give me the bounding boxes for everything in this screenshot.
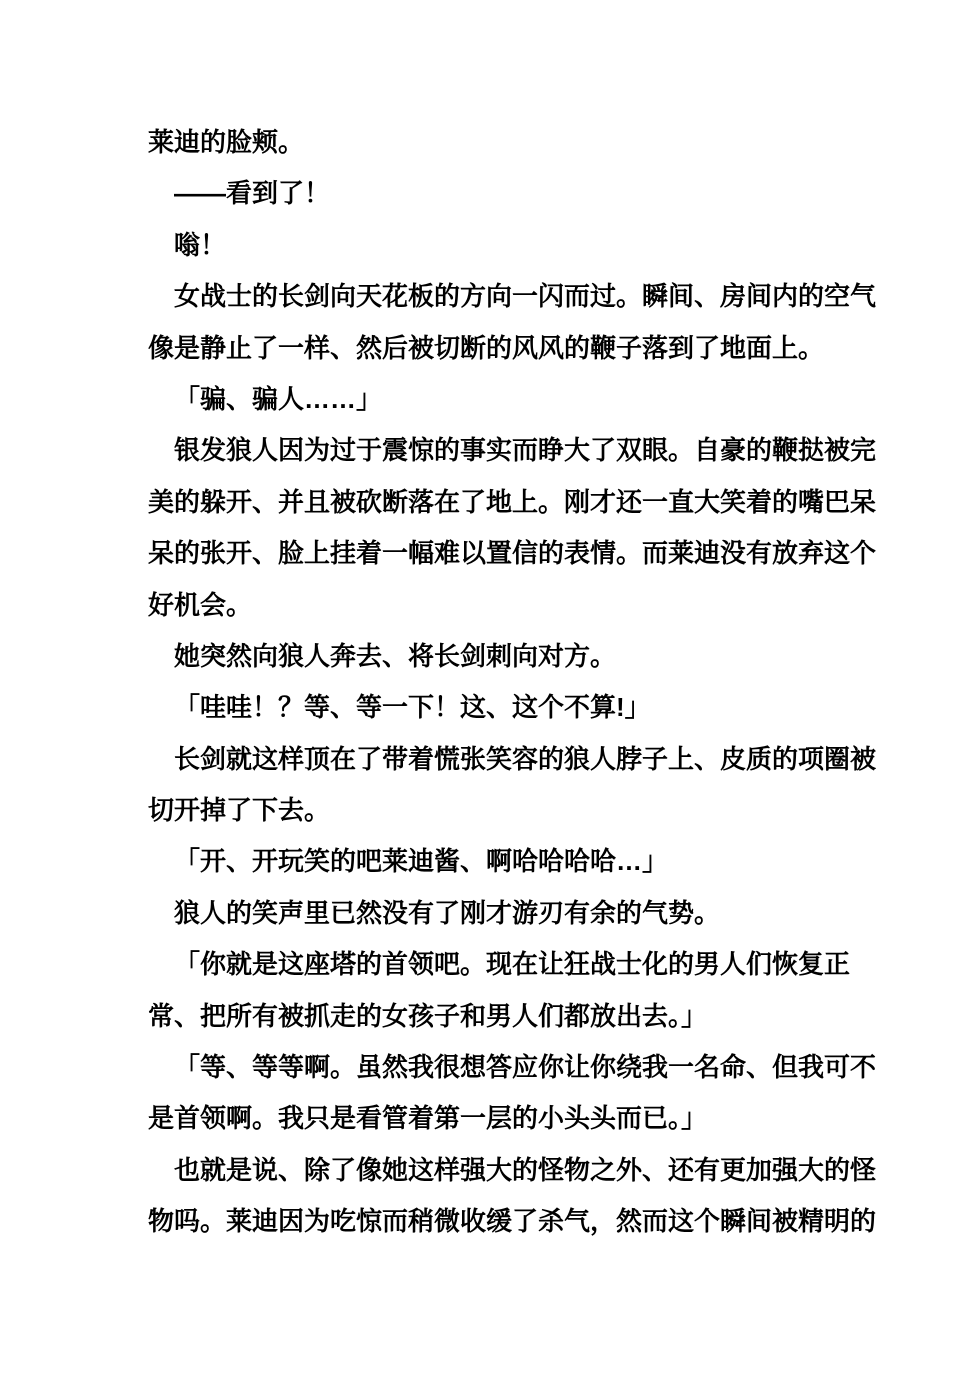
text-line: 常、把所有被抓走的女孩子和男人们都放出去。」 [148, 991, 888, 1042]
text-line: ——看到了！ [148, 168, 888, 219]
text-line: 女战士的长剑向天花板的方向一闪而过。瞬间、房间内的空气 [148, 271, 888, 322]
text-line: 是首领啊。我只是看管着第一层的小头头而已。」 [148, 1093, 888, 1144]
text-line: 好机会。 [148, 580, 888, 631]
text-line: 嗡！ [148, 220, 888, 271]
page-text: 莱迪的脸颊。——看到了！嗡！女战士的长剑向天花板的方向一闪而过。瞬间、房间内的空… [148, 117, 888, 1248]
text-line: 狼人的笑声里已然没有了刚才游刃有余的气势。 [148, 888, 888, 939]
text-line: 也就是说、除了像她这样强大的怪物之外、还有更加强大的怪 [148, 1145, 888, 1196]
text-line: 「你就是这座塔的首领吧。现在让狂战士化的男人们恢复正 [148, 939, 888, 990]
text-line: 银发狼人因为过于震惊的事实而睁大了双眼。自豪的鞭挞被完 [148, 425, 888, 476]
text-line: 莱迪的脸颊。 [148, 117, 888, 168]
text-line: 切开掉了下去。 [148, 785, 888, 836]
text-line: 「哇哇！？等、等一下！这、这个不算!」 [148, 682, 888, 733]
text-line: 物吗。莱迪因为吃惊而稍微收缓了杀气，然而这个瞬间被精明的 [148, 1196, 888, 1247]
text-line: 呆的张开、脸上挂着一幅难以置信的表情。而莱迪没有放弃这个 [148, 528, 888, 579]
text-line: 「骗、骗人……」 [148, 374, 888, 425]
text-line: 她突然向狼人奔去、将长剑刺向对方。 [148, 631, 888, 682]
text-line: 「等、等等啊。虽然我很想答应你让你绕我一名命、但我可不 [148, 1042, 888, 1093]
text-line: 美的躲开、并且被砍断落在了地上。刚才还一直大笑着的嘴巴呆 [148, 477, 888, 528]
text-line: 像是静止了一样、然后被切断的风风的鞭子落到了地面上。 [148, 323, 888, 374]
document-page: 莱迪的脸颊。——看到了！嗡！女战士的长剑向天花板的方向一闪而过。瞬间、房间内的空… [0, 0, 980, 1386]
text-line: 长剑就这样顶在了带着慌张笑容的狼人脖子上、皮质的项圈被 [148, 734, 888, 785]
text-line: 「开、开玩笑的吧莱迪酱、啊哈哈哈哈…」 [148, 836, 888, 887]
